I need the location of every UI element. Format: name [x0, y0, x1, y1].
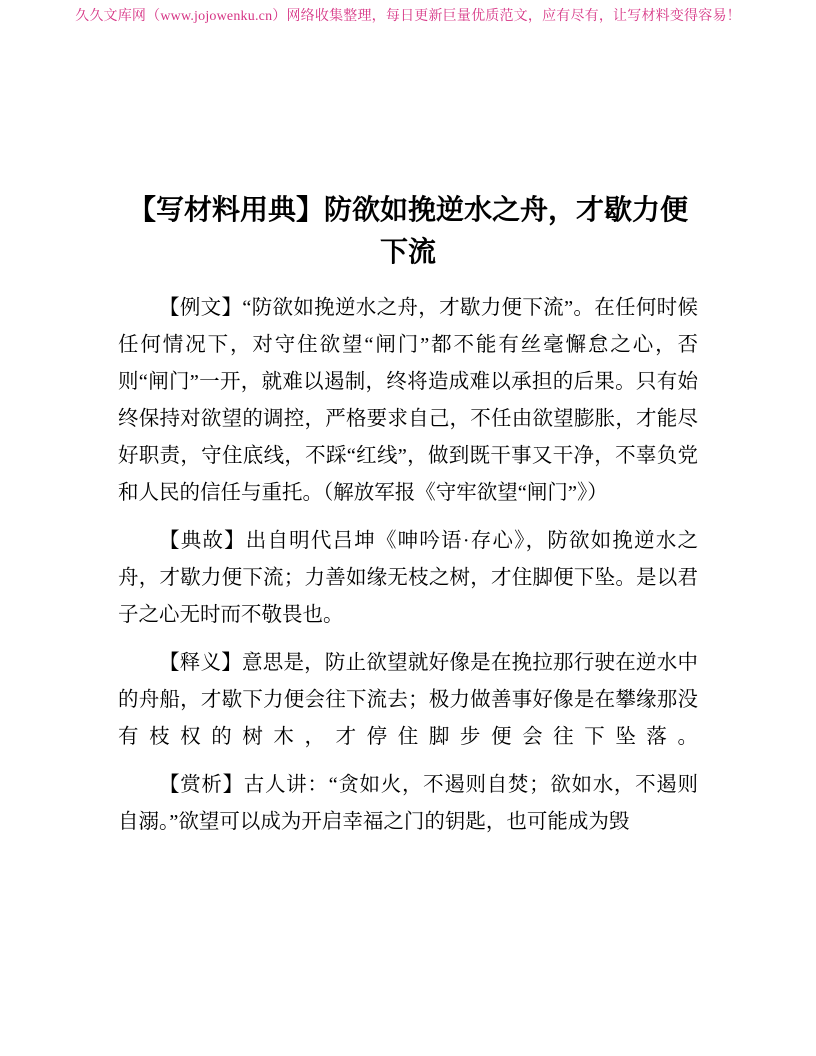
paragraph-interpretation: 【释义】意思是，防止欲望就好像是在挽拉那行驶在逆水中的舟船，才歇下力便会往下流去… [118, 645, 698, 756]
paragraph-appreciation: 【赏析】古人讲：“贪如火，不遏则自焚；欲如水，不遏则自溺。”欲望可以成为开启幸福… [118, 767, 698, 841]
paragraph-allusion: 【典故】出自明代吕坤《呻吟语·存心》，防欲如挽逆水之舟，才歇力便下流；力善如缘无… [118, 523, 698, 634]
document-page: 久久文库网（www.jojowenku.cn）网络收集整理，每日更新巨量优质范文… [0, 0, 816, 1056]
site-watermark-header: 久久文库网（www.jojowenku.cn）网络收集整理，每日更新巨量优质范文… [0, 7, 816, 27]
document-body: 【写材料用典】防欲如挽逆水之舟，才歇力便下流 【例文】“防欲如挽逆水之舟，才歇力… [118, 190, 698, 852]
paragraph-example-text: 【例文】“防欲如挽逆水之舟，才歇力便下流”。在任何时候任何情况下，对守住欲望“闸… [118, 290, 698, 512]
document-title: 【写材料用典】防欲如挽逆水之舟，才歇力便下流 [118, 190, 698, 274]
